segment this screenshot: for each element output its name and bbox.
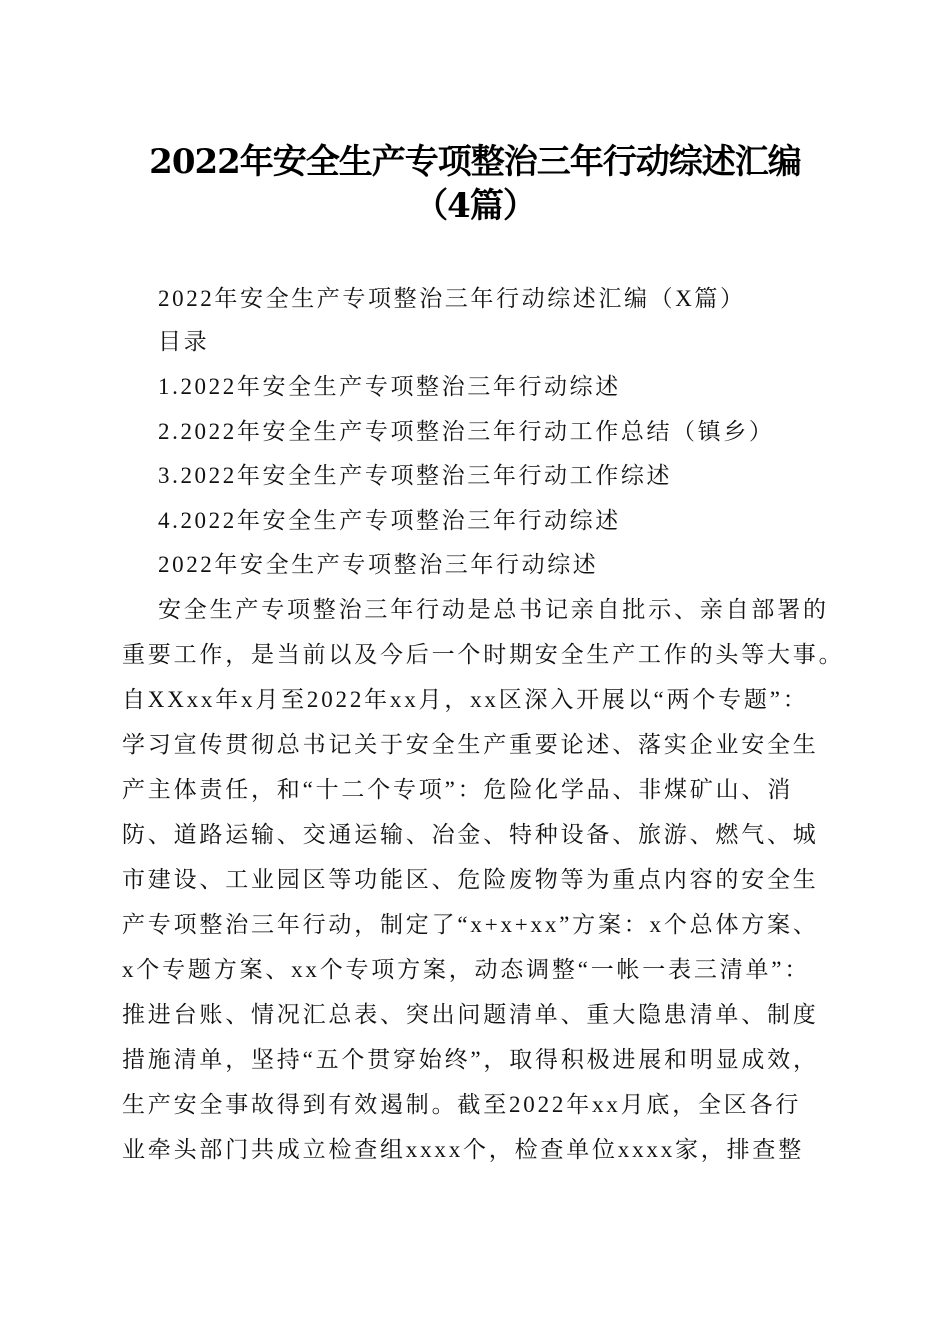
toc-heading: 目录 <box>158 327 209 357</box>
paragraph-line: 产主体责任，和“十二个专项”：危险化学品、非煤矿山、消 <box>122 775 834 805</box>
paragraph-line: 推进台账、情况汇总表、突出问题清单、重大隐患清单、制度 <box>122 1000 834 1030</box>
document-page: 2022年安全生产专项整治三年行动综述汇编 （4篇） 2022年安全生产专项整治… <box>0 0 950 1344</box>
paragraph-line: 安全生产专项整治三年行动是总书记亲自批示、亲自部署的 <box>158 595 870 625</box>
paragraph-line: 产专项整治三年行动，制定了“x+x+xx”方案：x个总体方案、 <box>122 910 834 940</box>
toc-item-1: 1.2022年安全生产专项整治三年行动综述 <box>158 372 621 402</box>
toc-item-4: 4.2022年安全生产专项整治三年行动综述 <box>158 506 621 536</box>
paragraph-line: 重要工作，是当前以及今后一个时期安全生产工作的头等大事。 <box>122 640 834 670</box>
paragraph-line: 学习宣传贯彻总书记关于安全生产重要论述、落实企业安全生 <box>122 730 834 760</box>
document-title-count: （4篇） <box>0 184 950 228</box>
paragraph-line: x个专题方案、xx个专项方案，动态调整“一帐一表三清单”： <box>122 955 834 985</box>
toc-item-2: 2.2022年安全生产专项整治三年行动工作总结（镇乡） <box>158 417 774 447</box>
document-subtitle: 2022年安全生产专项整治三年行动综述汇编（X篇） <box>158 284 746 314</box>
paragraph-line: 市建设、工业园区等功能区、危险废物等为重点内容的安全生 <box>122 865 834 895</box>
paragraph-line: 自XXxx年x月至2022年xx月，xx区深入开展以“两个专题”： <box>122 685 834 715</box>
paragraph-line: 业牵头部门共成立检查组xxxx个，检查单位xxxx家，排查整 <box>122 1135 834 1165</box>
paragraph-line: 措施清单，坚持“五个贯穿始终”，取得积极进展和明显成效， <box>122 1045 834 1075</box>
toc-item-3: 3.2022年安全生产专项整治三年行动工作综述 <box>158 461 672 491</box>
paragraph-line: 生产安全事故得到有效遏制。截至2022年xx月底，全区各行 <box>122 1090 834 1120</box>
document-title: 2022年安全生产专项整治三年行动综述汇编 <box>0 140 950 184</box>
section-heading: 2022年安全生产专项整治三年行动综述 <box>158 550 598 580</box>
paragraph-line: 防、道路运输、交通运输、冶金、特种设备、旅游、燃气、城 <box>122 820 834 850</box>
